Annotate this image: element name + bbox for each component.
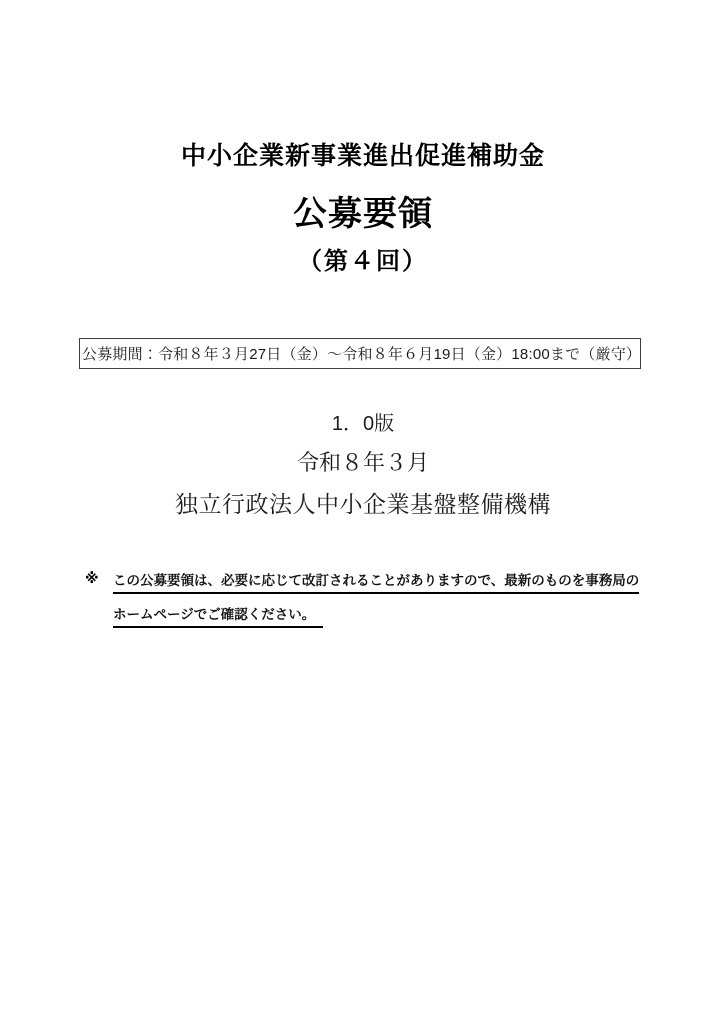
organization-name: 独立行政法人中小企業基盤整備機構 — [6, 486, 720, 519]
revision-note: ※ この公募要領は、必要に応じて改訂されることがありますので、最新のものを事務局… — [85, 569, 639, 628]
version-label: 1．0版 — [6, 407, 720, 436]
note-line-1: この公募要領は、必要に応じて改訂されることがありますので、最新のものを事務局の — [113, 569, 639, 594]
application-period-box: 公募期間：令和８年３月27日（金）～令和８年６月19日（金）18:00まで（厳守… — [79, 338, 641, 369]
document-page: 中小企業新事業進出促進補助金 公募要領 （第４回） 公募期間：令和８年３月27日… — [0, 0, 724, 1024]
document-round-number: （第４回） — [6, 241, 720, 276]
note-text-block: この公募要領は、必要に応じて改訂されることがありますので、最新のものを事務局の … — [113, 569, 639, 628]
document-subtitle: 公募要領 — [6, 186, 720, 235]
note-line-2: ホームページでご確認ください。 — [113, 603, 323, 628]
issue-date: 令和８年３月 — [6, 446, 720, 477]
note-reference-mark: ※ — [85, 569, 113, 587]
document-title: 中小企業新事業進出促進補助金 — [6, 136, 720, 172]
application-period-text: 公募期間：令和８年３月27日（金）～令和８年６月19日（金）18:00まで（厳守… — [80, 343, 641, 364]
